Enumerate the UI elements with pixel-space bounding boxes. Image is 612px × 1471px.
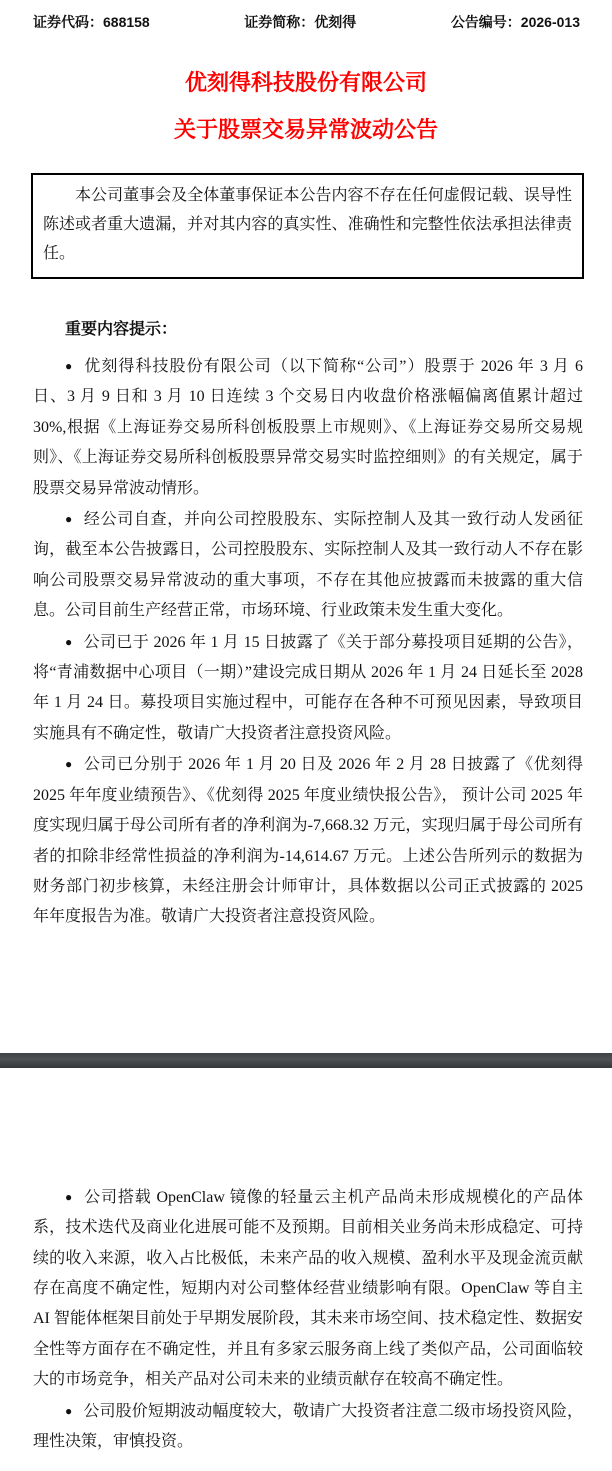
bullet-text: 公司搭载 OpenClaw 镜像的轻量云主机产品尚未形成规模化的产品体系，技术迭… xyxy=(33,1189,583,1388)
page-1: 证券代码：688158 证券简称：优刻得 公告编号：2026-013 优刻得科技… xyxy=(0,12,612,1053)
stock-name: 证券简称：优刻得 xyxy=(244,12,356,32)
page2-top-whitespace xyxy=(0,1068,612,1172)
bullet-text: 公司已分别于 2026 年 1 月 20 日及 2026 年 2 月 28 日披… xyxy=(33,756,583,925)
bullet-paragraph: ●公司搭载 OpenClaw 镜像的轻量云主机产品尚未形成规模化的产品体系，技术… xyxy=(33,1182,583,1396)
bullet-icon: ● xyxy=(65,1190,73,1204)
document-title-line2: 关于股票交易异常波动公告 xyxy=(0,106,612,153)
stock-code: 证券代码：688158 xyxy=(33,12,150,32)
disclaimer-box: 本公司董事会及全体董事保证本公告内容不存在任何虚假记载、误导性陈述或者重大遗漏，… xyxy=(31,173,584,279)
bullet-text: 公司已于 2026 年 1 月 15 日披露了《关于部分募投项目延期的公告》，将… xyxy=(33,634,583,742)
bullet-paragraph: ●公司股价短期波动幅度较大，敬请广大投资者注意二级市场投资风险，理性决策，审慎投… xyxy=(33,1396,583,1458)
page2-bullet-list: ●公司搭载 OpenClaw 镜像的轻量云主机产品尚未形成规模化的产品体系，技术… xyxy=(33,1182,583,1458)
document-header: 证券代码：688158 证券简称：优刻得 公告编号：2026-013 xyxy=(33,12,580,32)
disclaimer-text: 本公司董事会及全体董事保证本公告内容不存在任何虚假记载、误导性陈述或者重大遗漏，… xyxy=(43,187,572,262)
bullet-text: 公司股价短期波动幅度较大，敬请广大投资者注意二级市场投资风险，理性决策，审慎投资… xyxy=(33,1403,583,1450)
bullet-paragraph: ●经公司自查，并向公司控股股东、实际控制人及其一致行动人发函征询，截至本公告披露… xyxy=(33,504,583,627)
document-title: 优刻得科技股份有限公司 关于股票交易异常波动公告 xyxy=(0,59,612,153)
bullet-icon: ● xyxy=(65,757,73,771)
bullet-icon: ● xyxy=(65,512,73,526)
bullet-paragraph: ●优刻得科技股份有限公司（以下简称“公司”）股票于 2026 年 3 月 6 日… xyxy=(33,351,583,504)
page2-bottom-whitespace xyxy=(0,1457,612,1471)
page-divider xyxy=(0,1053,612,1068)
announcement-number: 公告编号：2026-013 xyxy=(451,12,580,32)
bullet-text: 优刻得科技股份有限公司（以下简称“公司”）股票于 2026 年 3 月 6 日、… xyxy=(33,358,583,497)
bullet-icon: ● xyxy=(65,1404,72,1418)
page1-bottom-whitespace xyxy=(0,933,612,1053)
bullet-paragraph: ●公司已分别于 2026 年 1 月 20 日及 2026 年 2 月 28 日… xyxy=(33,749,583,932)
section-heading: 重要内容提示： xyxy=(33,319,582,341)
page-2: ●公司搭载 OpenClaw 镜像的轻量云主机产品尚未形成规模化的产品体系，技术… xyxy=(0,1068,612,1471)
document-title-line1: 优刻得科技股份有限公司 xyxy=(0,59,612,106)
bullet-text: 经公司自查，并向公司控股股东、实际控制人及其一致行动人发函征询，截至本公告披露日… xyxy=(33,511,583,619)
bullet-icon: ● xyxy=(65,635,73,649)
page1-bullet-list: ●优刻得科技股份有限公司（以下简称“公司”）股票于 2026 年 3 月 6 日… xyxy=(33,351,583,933)
bullet-paragraph: ●公司已于 2026 年 1 月 15 日披露了《关于部分募投项目延期的公告》，… xyxy=(33,627,583,750)
bullet-icon: ● xyxy=(65,359,73,373)
